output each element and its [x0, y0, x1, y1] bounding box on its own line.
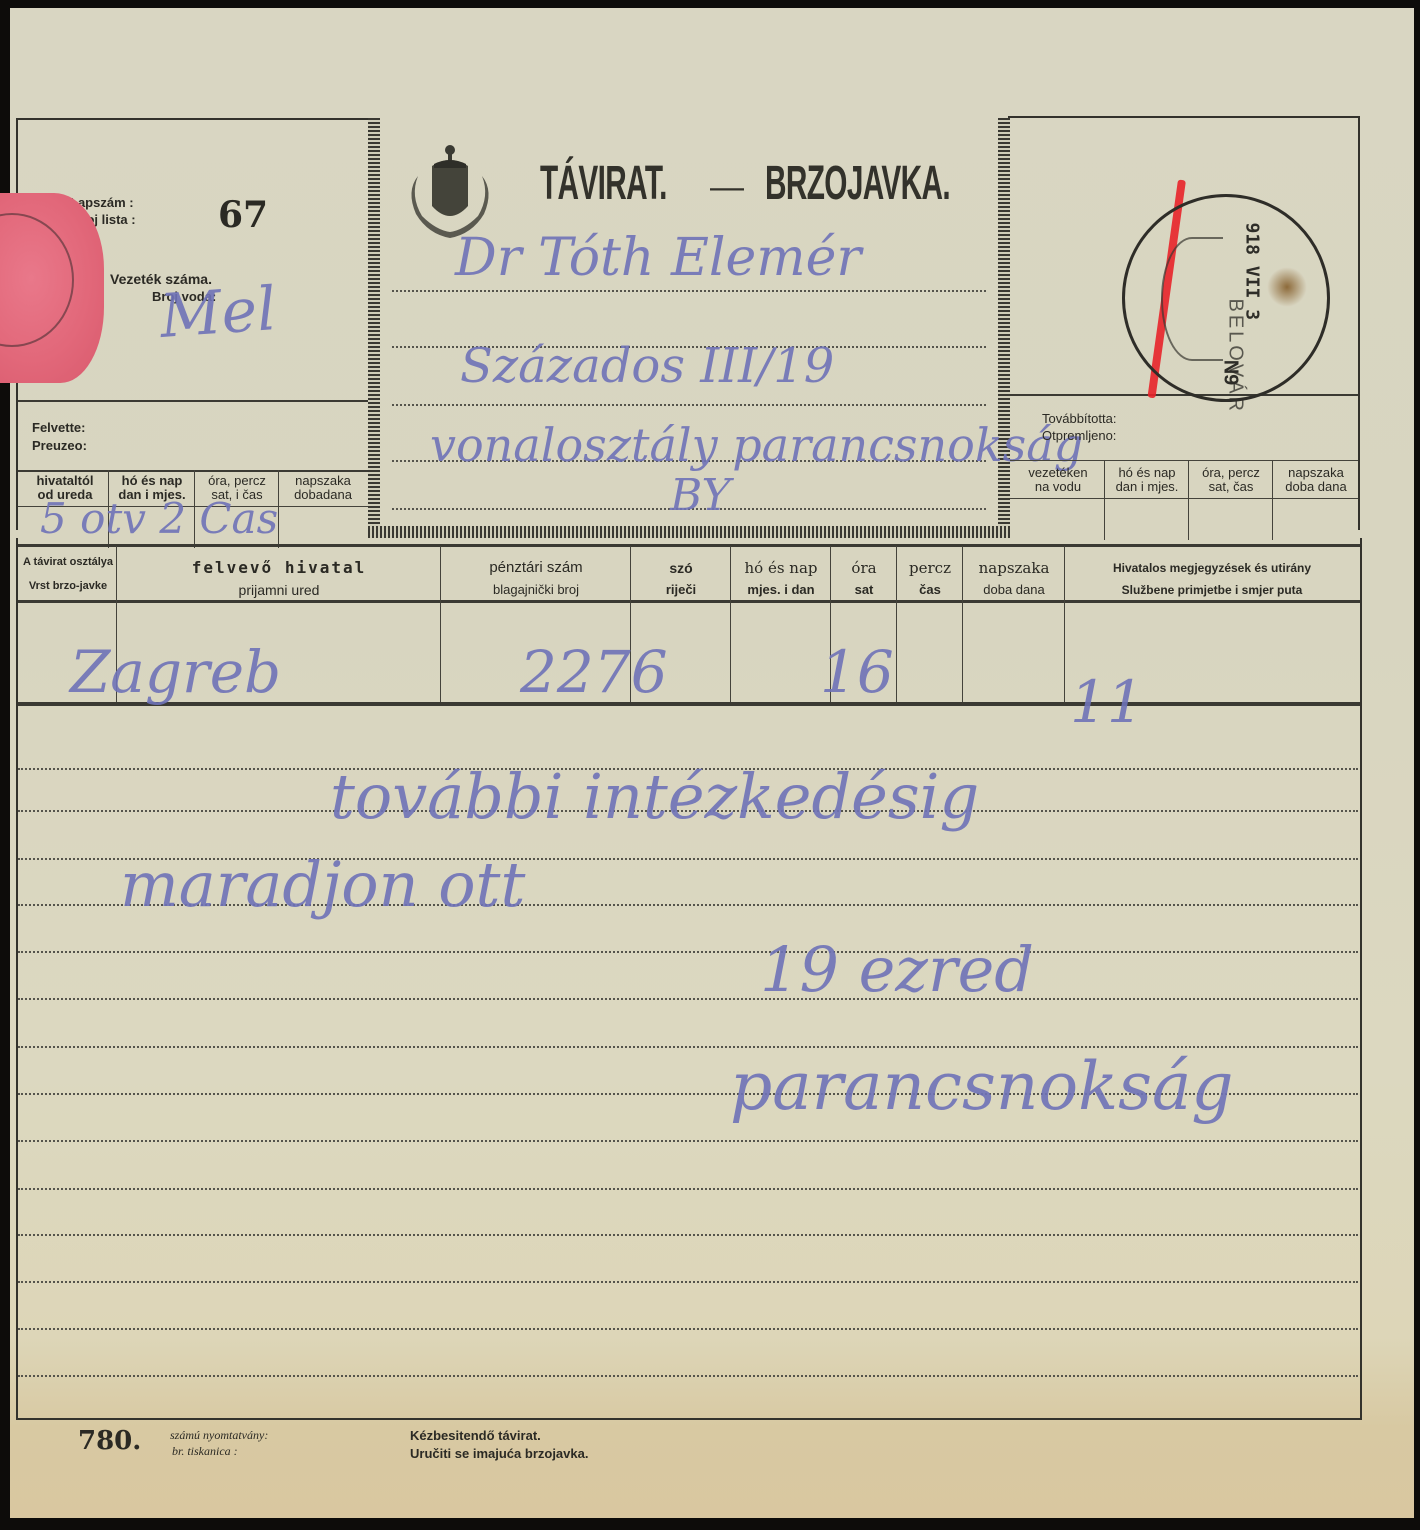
center-frame-bottom: [368, 526, 1010, 538]
table-col-divider: [730, 546, 731, 702]
address-initials: BY: [670, 470, 731, 521]
title-croatian: BRZOJAVKA.: [765, 156, 950, 211]
table-col-divider: [440, 546, 441, 702]
col-time-hr: sat, čas: [1190, 480, 1272, 494]
forwarded-label-hu: Továbbította:: [1042, 412, 1182, 426]
th-words-hu: szó: [632, 558, 730, 578]
col-wire-hr: na vodu: [1012, 480, 1104, 494]
col-period-hr: doba dana: [1274, 480, 1358, 494]
title-dash: —: [710, 168, 744, 207]
message-rule: [18, 1188, 1358, 1190]
cell-cash-number: 2276: [520, 638, 668, 706]
center-frame-left: [368, 118, 380, 538]
handwritten-received-time: 5 otv 2 Cas: [40, 494, 278, 543]
th-period-hu: napszaka: [964, 558, 1064, 578]
th-class-hr: Vrst brzo-javke: [22, 580, 114, 592]
form-label-hu: számú nyomtatvány:: [170, 1428, 268, 1443]
handwritten-line-number: Mel: [158, 274, 279, 352]
message-rule: [18, 1140, 1358, 1142]
divider: [18, 470, 368, 472]
th-class-hu: A távirat osztálya: [22, 556, 114, 568]
postmark-arc: [1161, 237, 1223, 361]
column-divider: [278, 470, 279, 548]
address-line-1: Dr Tóth Elemér: [455, 228, 861, 288]
address-rule: [392, 290, 986, 292]
received-label-hr: Preuzeo:: [32, 439, 132, 453]
col-date-hr: dan i mjes.: [1106, 480, 1188, 494]
delivery-label-hu: Kézbesitendő távirat.: [410, 1428, 541, 1443]
sheet-number: 67: [218, 194, 268, 236]
forwarded-label-hr: Otpremljeno:: [1042, 429, 1182, 443]
postmark-stamp: 918 VII 3 N9 BELOVÁR: [1122, 194, 1330, 402]
message-line-4: parancsnokság: [730, 1048, 1234, 1125]
cell-office: Zagreb: [70, 638, 281, 706]
address-line-2: Százados III/19: [460, 338, 834, 394]
th-date-hu: hó és nap: [732, 558, 830, 578]
divider: [1010, 498, 1358, 499]
cell-remarks: 11: [1070, 668, 1144, 736]
address-rule: [392, 404, 986, 406]
divider: [18, 400, 368, 402]
col-date-hu: hó és nap: [110, 474, 194, 488]
postmark-stain: [1267, 267, 1307, 307]
telegram-form: Lapszám : Broj lista : 67 Vezeték száma.…: [10, 8, 1414, 1518]
col-time-hu: óra, percz: [196, 474, 278, 488]
th-cash-hr: blagajnički broj: [442, 580, 630, 600]
table-top-rule: [18, 544, 1360, 547]
divider: [1010, 460, 1358, 461]
red-wax-seal: [0, 193, 104, 383]
th-period-hr: doba dana: [964, 580, 1064, 600]
th-cash-hu: pénztári szám: [442, 558, 630, 578]
table-col-divider: [962, 546, 963, 702]
form-number: 780.: [78, 1426, 141, 1456]
col-date-hu: hó és nap: [1106, 466, 1188, 480]
seal-stamp-ring: [0, 213, 74, 347]
title-hungarian: TÁVIRAT.: [540, 156, 667, 211]
message-line-1: további intézkedésig: [330, 760, 979, 833]
table-header-rule: [18, 600, 1360, 603]
message-rule: [18, 1328, 1358, 1330]
message-rule: [18, 1281, 1358, 1283]
th-hour-hu: óra: [832, 558, 896, 578]
column-divider: [1188, 460, 1189, 540]
col-time-hu: óra, percz: [1190, 466, 1272, 480]
col-period-hu: napszaka: [280, 474, 366, 488]
coat-of-arms-icon: [398, 136, 502, 242]
col-office-hu: hivataltól: [22, 474, 108, 488]
form-label-hr: br. tiskanica :: [172, 1444, 238, 1459]
column-divider: [1104, 460, 1105, 540]
received-label-hu: Felvette:: [32, 421, 132, 435]
th-minute-hr: čas: [898, 580, 962, 600]
table-col-divider: [1064, 546, 1065, 702]
th-date-hr: mjes. i dan: [732, 580, 830, 600]
message-rule: [18, 951, 1358, 953]
th-office-hu: felvevő hivatal: [118, 558, 440, 578]
message-line-2: maradjon ott: [120, 848, 525, 921]
th-remarks-hr: Službene primjetbe i smjer puta: [1066, 580, 1358, 600]
message-rule: [18, 1234, 1358, 1236]
th-remarks-hu: Hivatalos megjegyzések és utirány: [1066, 558, 1358, 578]
table-col-divider: [896, 546, 897, 702]
postmark-place: BELOVÁR: [1224, 299, 1247, 449]
delivery-label-hr: Uručiti se imajuća brzojavka.: [410, 1446, 588, 1461]
column-divider: [1272, 460, 1273, 540]
address-line-3: vonalosztály parancsnokság: [430, 418, 1083, 472]
col-period-hr: dobadana: [280, 488, 366, 502]
message-rule: [18, 1375, 1358, 1377]
th-office-hr: prijamni ured: [118, 580, 440, 600]
col-period-hu: napszaka: [1274, 466, 1358, 480]
th-hour-hr: sat: [832, 580, 896, 600]
cell-hour: 16: [820, 638, 894, 706]
th-words-hr: riječi: [632, 580, 730, 600]
message-rule: [18, 998, 1358, 1000]
th-minute-hu: percz: [898, 558, 962, 578]
divider: [1008, 394, 1358, 396]
sheet-label-hu: Lapszám :: [70, 196, 180, 210]
col-wire-hu: vezetéken: [1012, 466, 1104, 480]
message-line-3: 19 ezred: [760, 933, 1034, 1006]
